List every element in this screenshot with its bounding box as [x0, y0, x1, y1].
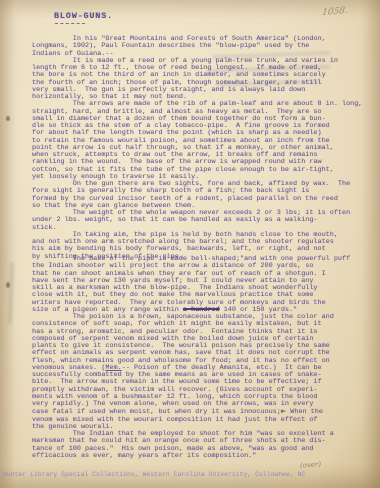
paragraph-range: The base of the pipe is made bell-shaped… [32, 256, 376, 314]
scanned-document-page: 1058. BLOW-GUNS. In his "Great Mountains… [0, 0, 380, 488]
paragraph-weight: The weight of the whole weapon never exc… [32, 210, 376, 232]
page-title: BLOW-GUNS. [54, 11, 113, 21]
paragraph-construction: It is made of a reed or of a young palm-… [32, 58, 376, 102]
paragraph-arrows: The arrows are made of the rib of a palm… [32, 101, 376, 181]
paragraph-poison: The poison is a brown, saponaceous subst… [32, 314, 376, 431]
ink-speck [6, 116, 10, 121]
pencil-smudge [8, 262, 14, 324]
title-underline [55, 23, 85, 24]
paragraph-text: -- Poison of the deadly Amanita, etc.) I… [32, 364, 322, 417]
library-stamp: Hunter Library Special Collections, West… [3, 471, 377, 478]
paragraph-intro: In his "Great Mountains and Forests of S… [32, 36, 376, 58]
typewritten-body: In his "Great Mountains and Forests of S… [32, 36, 376, 460]
paragraph-sights: On the gun there are two sights, fore an… [32, 181, 376, 210]
handwritten-over-note: (over) [300, 460, 322, 469]
handwritten-page-number: 1058. [321, 6, 348, 18]
paragraph-marksman: The Indian that he employed to shoot for… [32, 431, 376, 460]
